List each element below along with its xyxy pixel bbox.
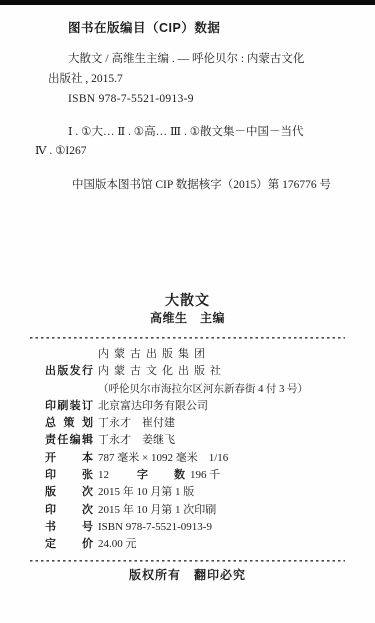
colophon-label: 责任编辑 — [45, 432, 93, 449]
publisher-address: （呼伦贝尔市海拉尔区河东新春街 4 付 3 号） — [98, 381, 308, 398]
colophon-value: 丁永才 姜继飞 — [98, 432, 175, 449]
page-content: 图书在版编目（CIP）数据 大散文 / 高维生主编 . — 呼伦贝尔 : 内蒙古… — [30, 5, 345, 584]
cip-entry-line1: 大散文 / 高维生主编 . — 呼伦贝尔 : 内蒙古文化 — [48, 49, 345, 69]
colophon-label: 印张 — [45, 467, 93, 484]
cip-entry: 大散文 / 高维生主编 . — 呼伦贝尔 : 内蒙古文化 出版社 , 2015.… — [48, 49, 345, 89]
colophon-row-editor: 责任编辑 丁永才 姜继飞 — [45, 432, 345, 449]
cip-isbn: ISBN 978-7-5521-0913-9 — [68, 89, 345, 109]
colophon-value: 北京富达印务有限公司 — [98, 398, 208, 415]
title-block: 大散文 高维生 主编 — [30, 291, 345, 327]
colophon-label: 定价 — [45, 536, 93, 553]
colophon-label: 版次 — [45, 484, 93, 501]
colophon-row-edition: 版次 2015 年 10 月第 1 版 — [45, 484, 345, 501]
dashed-separator-bottom — [30, 560, 345, 562]
colophon-value: 丁永才 崔付建 — [98, 415, 175, 432]
cip-class-line2: Ⅳ . ①I267 — [35, 142, 345, 161]
colophon-label: 总策划 — [45, 415, 93, 432]
colophon-row-group: 内蒙古出版集团 — [45, 346, 345, 363]
colophon-value: 2015 年 10 月第 1 版 — [98, 484, 194, 501]
colophon-row-publisher: 出版发行 内蒙古文化出版社 — [45, 363, 345, 380]
colophon-value: 内蒙古文化出版社 — [98, 363, 226, 380]
colophon: 内蒙古出版集团 出版发行 内蒙古文化出版社 （呼伦贝尔市海拉尔区河东新春街 4 … — [30, 346, 345, 554]
colophon-row-address: （呼伦贝尔市海拉尔区河东新春街 4 付 3 号） — [45, 381, 345, 398]
colophon-row-sheets: 印张 12 字数 196 千 — [45, 467, 345, 484]
colophon-value: 2015 年 10 月第 1 次印刷 — [98, 502, 216, 519]
colophon-label: 开本 — [45, 450, 93, 467]
colophon-value: 12 — [98, 467, 109, 484]
dashed-separator-top — [30, 337, 345, 339]
colophon-label: 印刷装订 — [45, 398, 93, 415]
colophon-label: 出版发行 — [45, 363, 93, 380]
cip-entry-line2: 出版社 , 2015.7 — [48, 69, 345, 89]
colophon-value: 787 毫米 × 1092 毫米 1/16 — [98, 450, 228, 467]
copyright-page: 图书在版编目（CIP）数据 大散文 / 高维生主编 . — 呼伦贝尔 : 内蒙古… — [0, 0, 375, 623]
colophon-row-printing: 印次 2015 年 10 月第 1 次印刷 — [45, 502, 345, 519]
cip-class-line1: Ⅰ . ①大… Ⅱ . ①高… Ⅲ . ①散文集－中国－当代 — [35, 123, 345, 142]
colophon-value: 24.00 元 — [98, 536, 137, 553]
cip-classification: Ⅰ . ①大… Ⅱ . ①高… Ⅲ . ①散文集－中国－当代 Ⅳ . ①I267 — [35, 123, 345, 161]
colophon-row-chief-planner: 总策划 丁永才 崔付建 — [45, 415, 345, 432]
copyright-notice: 版权所有 翻印必究 — [30, 567, 345, 584]
colophon-label: 书号 — [45, 519, 93, 536]
cip-record-number: 中国版本图书馆 CIP 数据核字（2015）第 176776 号 — [72, 177, 345, 193]
colophon-row-printer: 印刷装订 北京富达印务有限公司 — [45, 398, 345, 415]
book-title: 大散文 — [30, 291, 345, 309]
colophon-row-isbn: 书号 ISBN 978-7-5521-0913-9 — [45, 519, 345, 536]
colophon-label-wordcount: 字数 — [137, 467, 185, 484]
colophon-value-wordcount: 196 千 — [190, 467, 220, 484]
book-editor: 高维生 主编 — [30, 309, 345, 327]
colophon-row-price: 定价 24.00 元 — [45, 536, 345, 553]
cip-header: 图书在版编目（CIP）数据 — [68, 20, 345, 36]
colophon-label: 印次 — [45, 502, 93, 519]
publishing-group: 内蒙古出版集团 — [98, 346, 210, 363]
colophon-value: ISBN 978-7-5521-0913-9 — [98, 519, 212, 536]
colophon-row-format: 开本 787 毫米 × 1092 毫米 1/16 — [45, 450, 345, 467]
